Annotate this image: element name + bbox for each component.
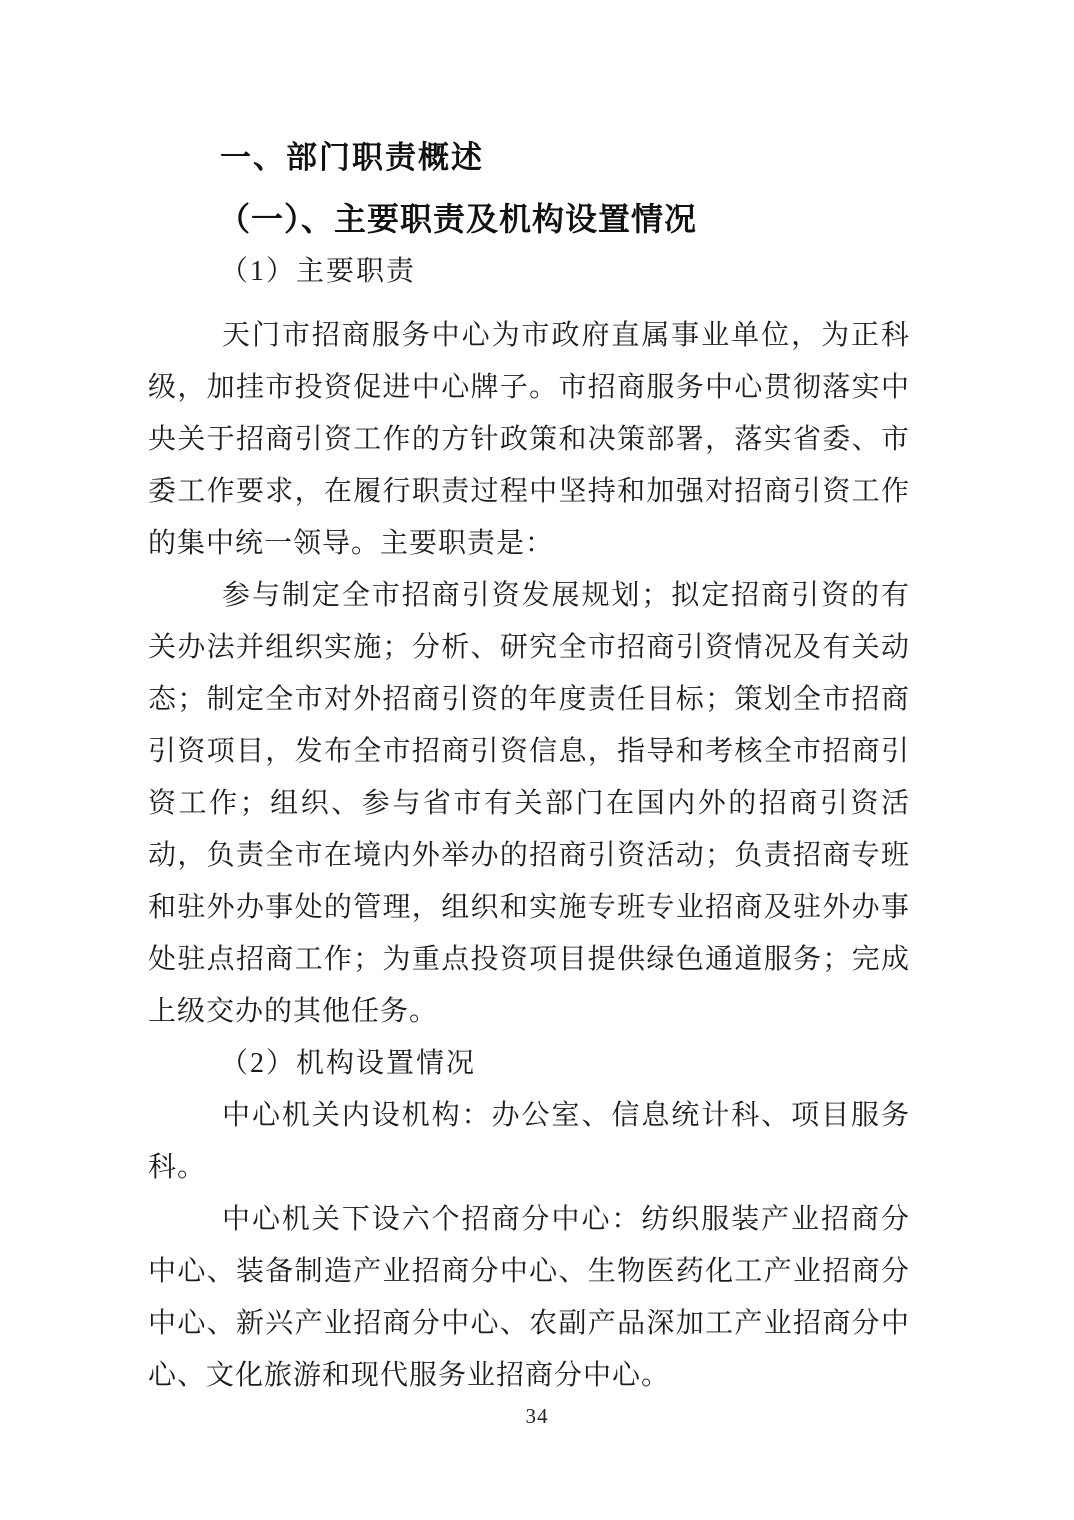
page-number: 34	[526, 1404, 549, 1428]
paragraph-branch-centers: 中心机关下设六个招商分中心：纺织服装产业招商分中心、装备制造产业招商分中心、生物…	[148, 1194, 910, 1402]
document-body: 一、部门职责概述 （一）、主要职责及机构设置情况 （1）主要职责 天门市招商服务…	[148, 132, 910, 1402]
document-page: 一、部门职责概述 （一）、主要职责及机构设置情况 （1）主要职责 天门市招商服务…	[0, 0, 1074, 1520]
subheading-main-duties: （1）主要职责	[148, 246, 910, 298]
paragraph-duty-details: 参与制定全市招商引资发展规划；拟定招商引资的有关办法并组织实施；分析、研究全市招…	[148, 570, 910, 1038]
section-heading-level-1: 一、部门职责概述	[148, 132, 910, 184]
page-footer: 34	[0, 1404, 1074, 1429]
paragraph-agency-overview: 天门市招商服务中心为市政府直属事业单位，为正科级，加挂市投资促进中心牌子。市招商…	[148, 310, 910, 570]
subheading-organization-setup: （2）机构设置情况	[148, 1038, 910, 1090]
section-heading-level-2: （一）、主要职责及机构设置情况	[148, 193, 910, 245]
paragraph-internal-departments: 中心机关内设机构：办公室、信息统计科、项目服务科。	[148, 1090, 910, 1194]
